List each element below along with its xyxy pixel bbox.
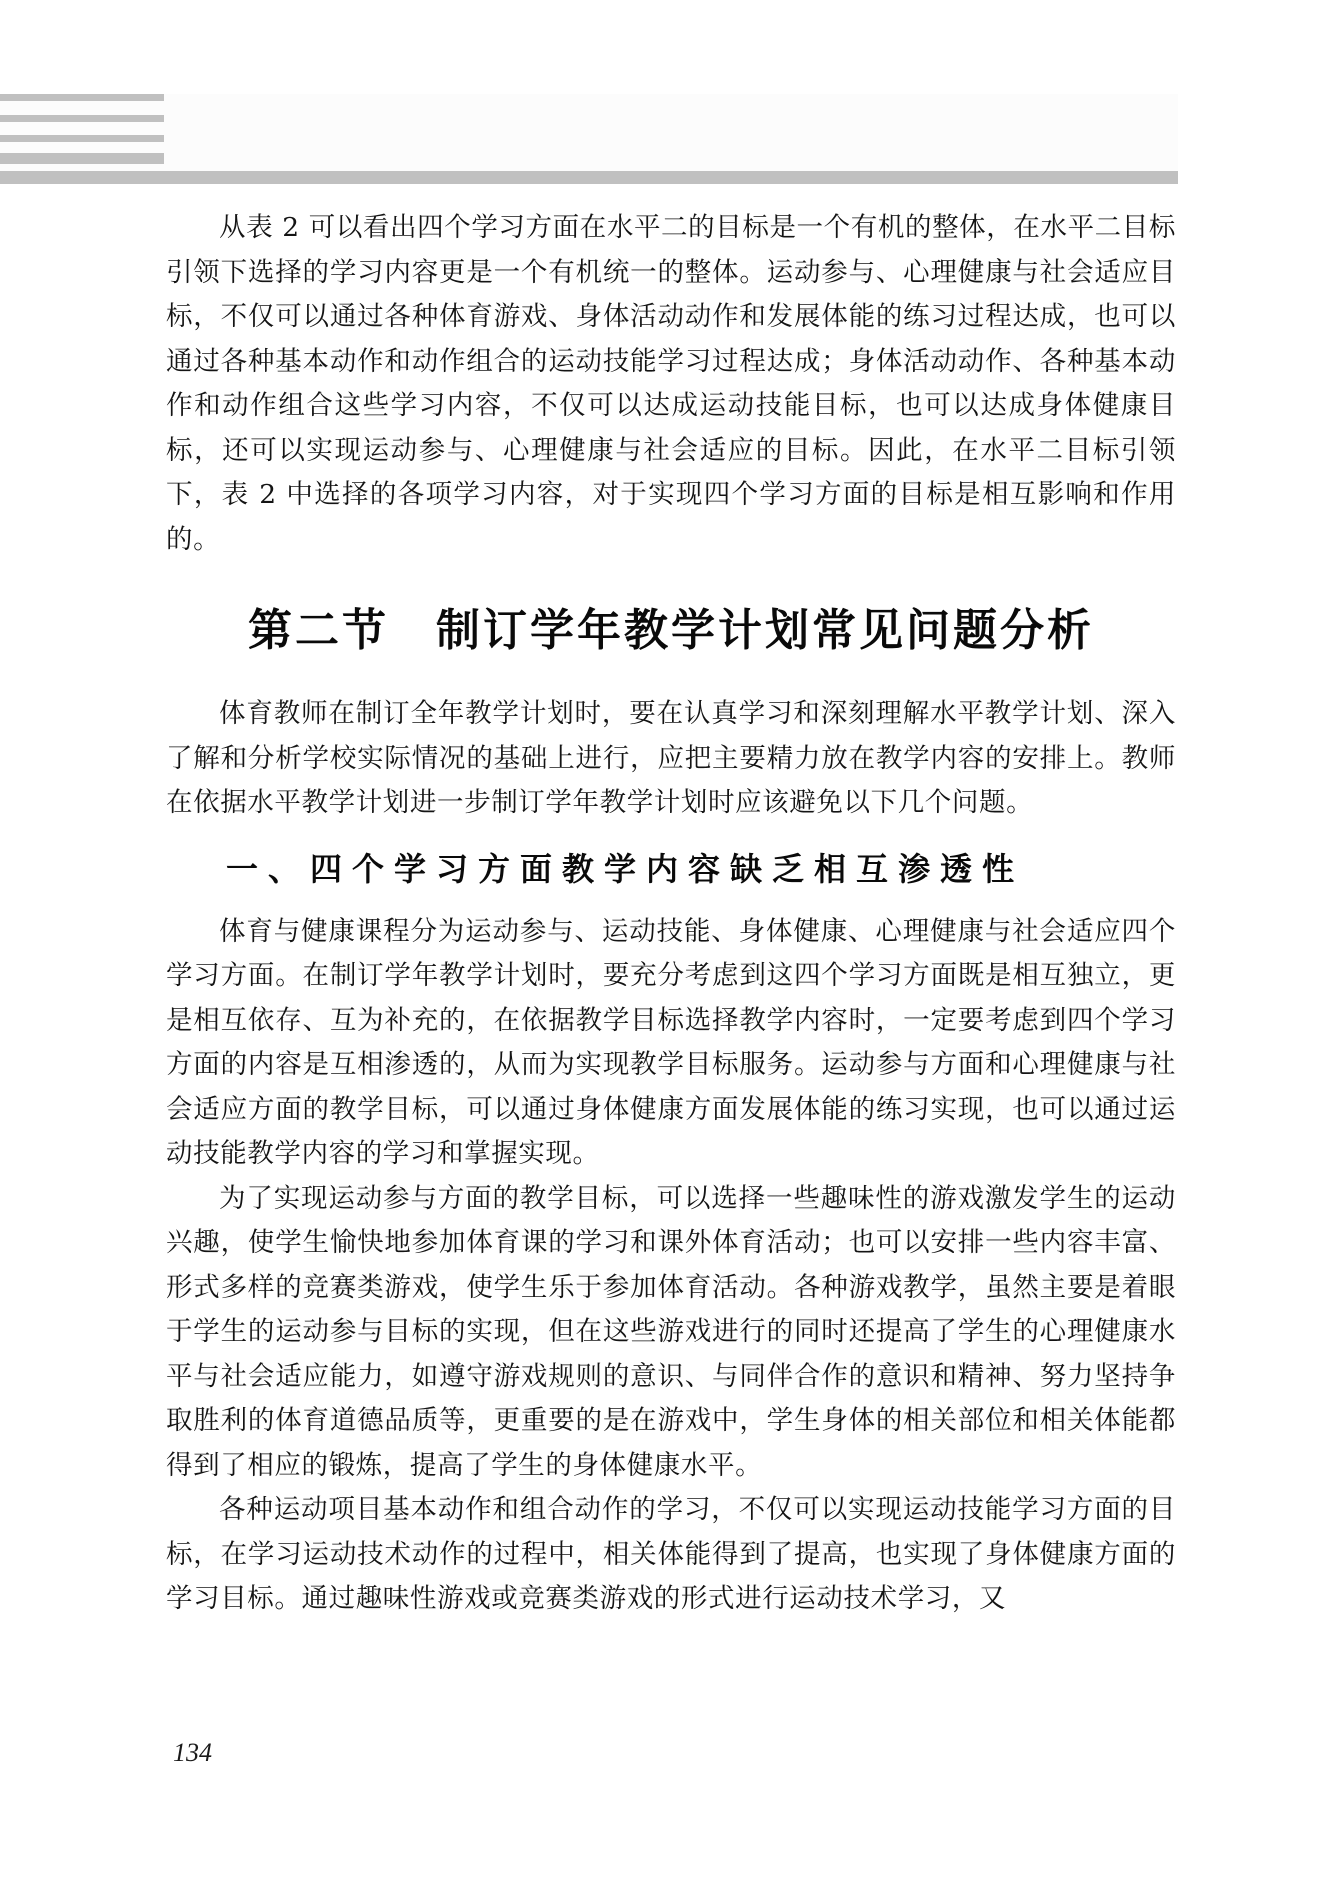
page-content: 从表 2 可以看出四个学习方面在水平二的目标是一个有机的整体，在水平二目标引领下… <box>166 206 1176 1622</box>
header-stripe-2 <box>0 115 164 122</box>
subsection-paragraph-3: 各种运动项目基本动作和组合动作的学习，不仅可以实现运动技能学习方面的目标，在学习… <box>166 1488 1176 1622</box>
header-decoration <box>0 0 1331 200</box>
section-title: 第二节 制订学年教学计划常见问题分析 <box>166 594 1176 658</box>
subsection-paragraph-1: 体育与健康课程分为运动参与、运动技能、身体健康、心理健康与社会适应四个学习方面。… <box>166 910 1176 1177</box>
header-panel <box>0 94 1178 182</box>
header-stripe-4 <box>0 153 164 164</box>
subsection-paragraph-2: 为了实现运动参与方面的教学目标，可以选择一些趣味性的游戏激发学生的运动兴趣，使学… <box>166 1177 1176 1489</box>
intro-paragraph: 从表 2 可以看出四个学习方面在水平二的目标是一个有机的整体，在水平二目标引领下… <box>166 206 1176 562</box>
header-rule <box>0 171 1178 184</box>
header-stripe-3 <box>0 135 164 142</box>
page-number: 134 <box>173 1738 212 1768</box>
header-stripe-1 <box>0 94 164 101</box>
section-intro-paragraph: 体育教师在制订全年教学计划时，要在认真学习和深刻理解水平教学计划、深入了解和分析… <box>166 692 1176 826</box>
subsection-title: 一、四个学习方面教学内容缺乏相互渗透性 <box>226 844 1176 890</box>
